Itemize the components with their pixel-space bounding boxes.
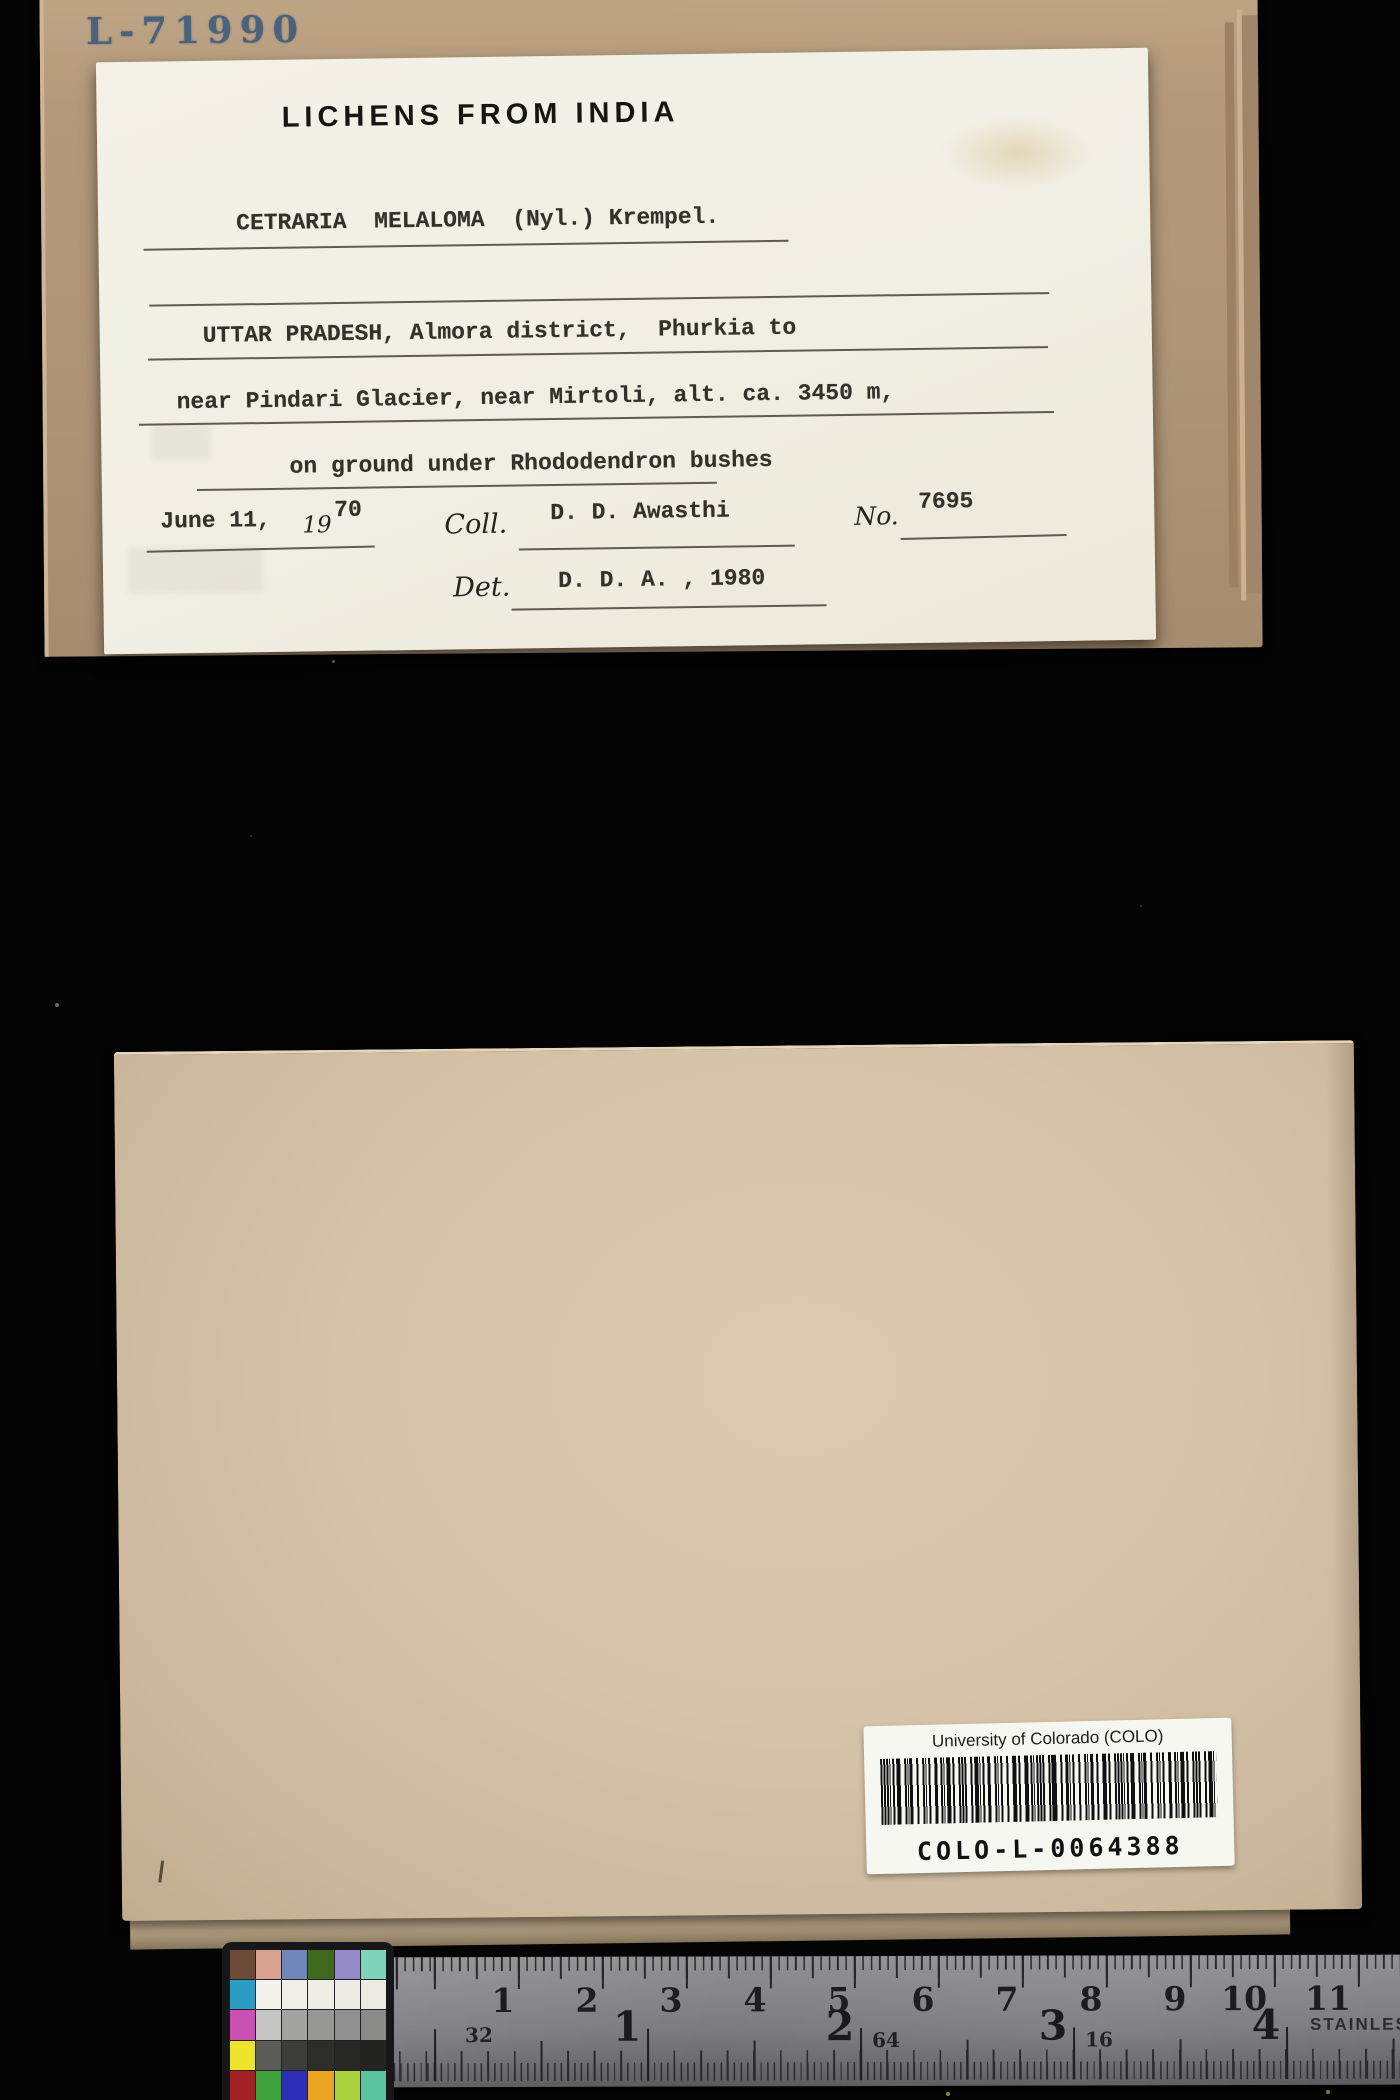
collector-name: D. D. Awasthi — [550, 498, 730, 527]
locality-line-2: near Pindari Glacier, near Mirtoli, alt.… — [176, 379, 894, 415]
species-name: CETRARIA MELALOMA (Nyl.) Krempel. — [236, 204, 719, 237]
color-patch — [256, 1980, 281, 2009]
ruler-cm-number: 9 — [1163, 1979, 1186, 2018]
collection-number: 7695 — [918, 488, 974, 515]
ruled-line — [901, 534, 1067, 540]
barcode-number: COLO-L-0064388 — [866, 1830, 1235, 1868]
color-patch — [230, 2041, 255, 2070]
ruler-cm-number: 6 — [911, 1980, 934, 2019]
ruler: 1 2 3 4 5 6 7 8 9 10 11 1 2 3 4 32 64 16… — [360, 1955, 1400, 2088]
ruled-line — [149, 292, 1049, 306]
ruler-fraction-label: 16 — [1085, 2027, 1113, 2051]
color-patch — [256, 2010, 281, 2039]
color-patch — [361, 2071, 386, 2100]
ruler-fraction-label: 32 — [465, 2023, 493, 2047]
ruler-fraction-label: 64 — [872, 2028, 900, 2052]
color-patch — [335, 1950, 360, 1979]
color-patch — [335, 1980, 360, 2009]
color-patch — [308, 1950, 333, 1979]
label-title: LICHENS FROM INDIA — [281, 96, 679, 135]
debris-speck — [250, 835, 252, 837]
date-month-day: June 11, — [160, 507, 271, 535]
debris-speck — [1326, 2090, 1330, 2094]
color-patch — [361, 2010, 386, 2039]
ruled-line — [197, 482, 717, 491]
color-patch — [282, 2041, 307, 2070]
ruler-brand-text: STAINLESS — [1310, 2015, 1400, 2035]
paper-stain — [942, 116, 1093, 190]
debris-speck — [332, 660, 335, 663]
color-patch — [282, 2071, 307, 2100]
color-patch — [282, 1980, 307, 2009]
ruler-cm-number: 4 — [743, 1980, 766, 2019]
color-patch — [361, 1950, 386, 1979]
color-patch — [361, 2041, 386, 2070]
faint-smudge — [151, 424, 211, 461]
date-typed-70: 70 — [334, 497, 362, 523]
debris-speck — [55, 1003, 59, 1007]
barcode-label: University of Colorado (COLO) COLO-L-006… — [863, 1718, 1234, 1875]
color-patch — [230, 2010, 255, 2039]
determination-label: Det. — [453, 572, 510, 604]
ruler-inch-number: 2 — [826, 2002, 855, 2050]
color-patch — [308, 2041, 333, 2070]
ruler-cm-number: 2 — [575, 1981, 598, 2020]
specimen-photograph: L-71990 LICHENS FROM INDIA CETRARIA MELA… — [0, 0, 1400, 2100]
ruler-cm-number: 3 — [659, 1981, 682, 2020]
color-patch — [361, 1980, 386, 2009]
ruler-cm-number: 8 — [1079, 1979, 1102, 2018]
date-printed-19: 19 — [302, 512, 332, 538]
debris-speck — [946, 2092, 950, 2096]
ruler-cm-number: 11 — [1305, 1979, 1351, 2018]
ruler-cm-number: 1 — [491, 1981, 514, 2020]
ruler-inch-number: 1 — [613, 2003, 642, 2051]
color-patch — [256, 2041, 281, 2070]
color-patch — [335, 2010, 360, 2039]
determination-value: D. D. A. , 1980 — [558, 565, 765, 594]
color-patch — [230, 1950, 255, 1979]
accession-stamp: L-71990 — [86, 7, 306, 53]
collector-label: Coll. — [444, 509, 507, 541]
ruler-inch-number: 4 — [1252, 2001, 1281, 2049]
specimen-label-card: LICHENS FROM INDIA CETRARIA MELALOMA (Ny… — [96, 48, 1156, 655]
ruled-line — [148, 346, 1048, 361]
habitat-line: on ground under Rhododendron bushes — [289, 447, 772, 480]
number-label: No. — [854, 501, 899, 531]
ruled-line — [512, 604, 827, 610]
color-patch — [230, 2071, 255, 2100]
color-patch — [308, 2010, 333, 2039]
debris-speck — [1140, 905, 1142, 907]
ruler-inch-number: 3 — [1039, 2002, 1068, 2050]
ruled-line — [519, 545, 795, 551]
color-patch — [335, 2071, 360, 2100]
barcode — [880, 1751, 1217, 1825]
color-calibration-chart — [222, 1942, 394, 2100]
color-patch — [230, 1980, 255, 2009]
institution-text: University of Colorado (COLO) — [864, 1725, 1232, 1754]
color-patch — [256, 2071, 281, 2100]
color-patch — [282, 1950, 307, 1979]
color-patch — [335, 2041, 360, 2070]
color-patch — [282, 2010, 307, 2039]
packet-edge-highlight — [39, 0, 48, 657]
specimen-packet-bottom: University of Colorado (COLO) COLO-L-006… — [114, 1040, 1362, 1921]
packet-fold-shading — [1326, 1043, 1362, 1909]
ruled-line — [144, 240, 789, 251]
color-patch — [256, 1950, 281, 1979]
packet-stacked-edge — [1225, 22, 1238, 587]
color-patch — [308, 1980, 333, 2009]
color-patch — [308, 2071, 333, 2100]
color-patch-grid — [230, 1950, 386, 2100]
ruler-cm-number: 7 — [995, 1980, 1018, 2019]
locality-line-1: UTTAR PRADESH, Almora district, Phurkia … — [203, 315, 797, 349]
small-mark — [158, 1860, 164, 1882]
faint-smudge — [128, 546, 264, 594]
